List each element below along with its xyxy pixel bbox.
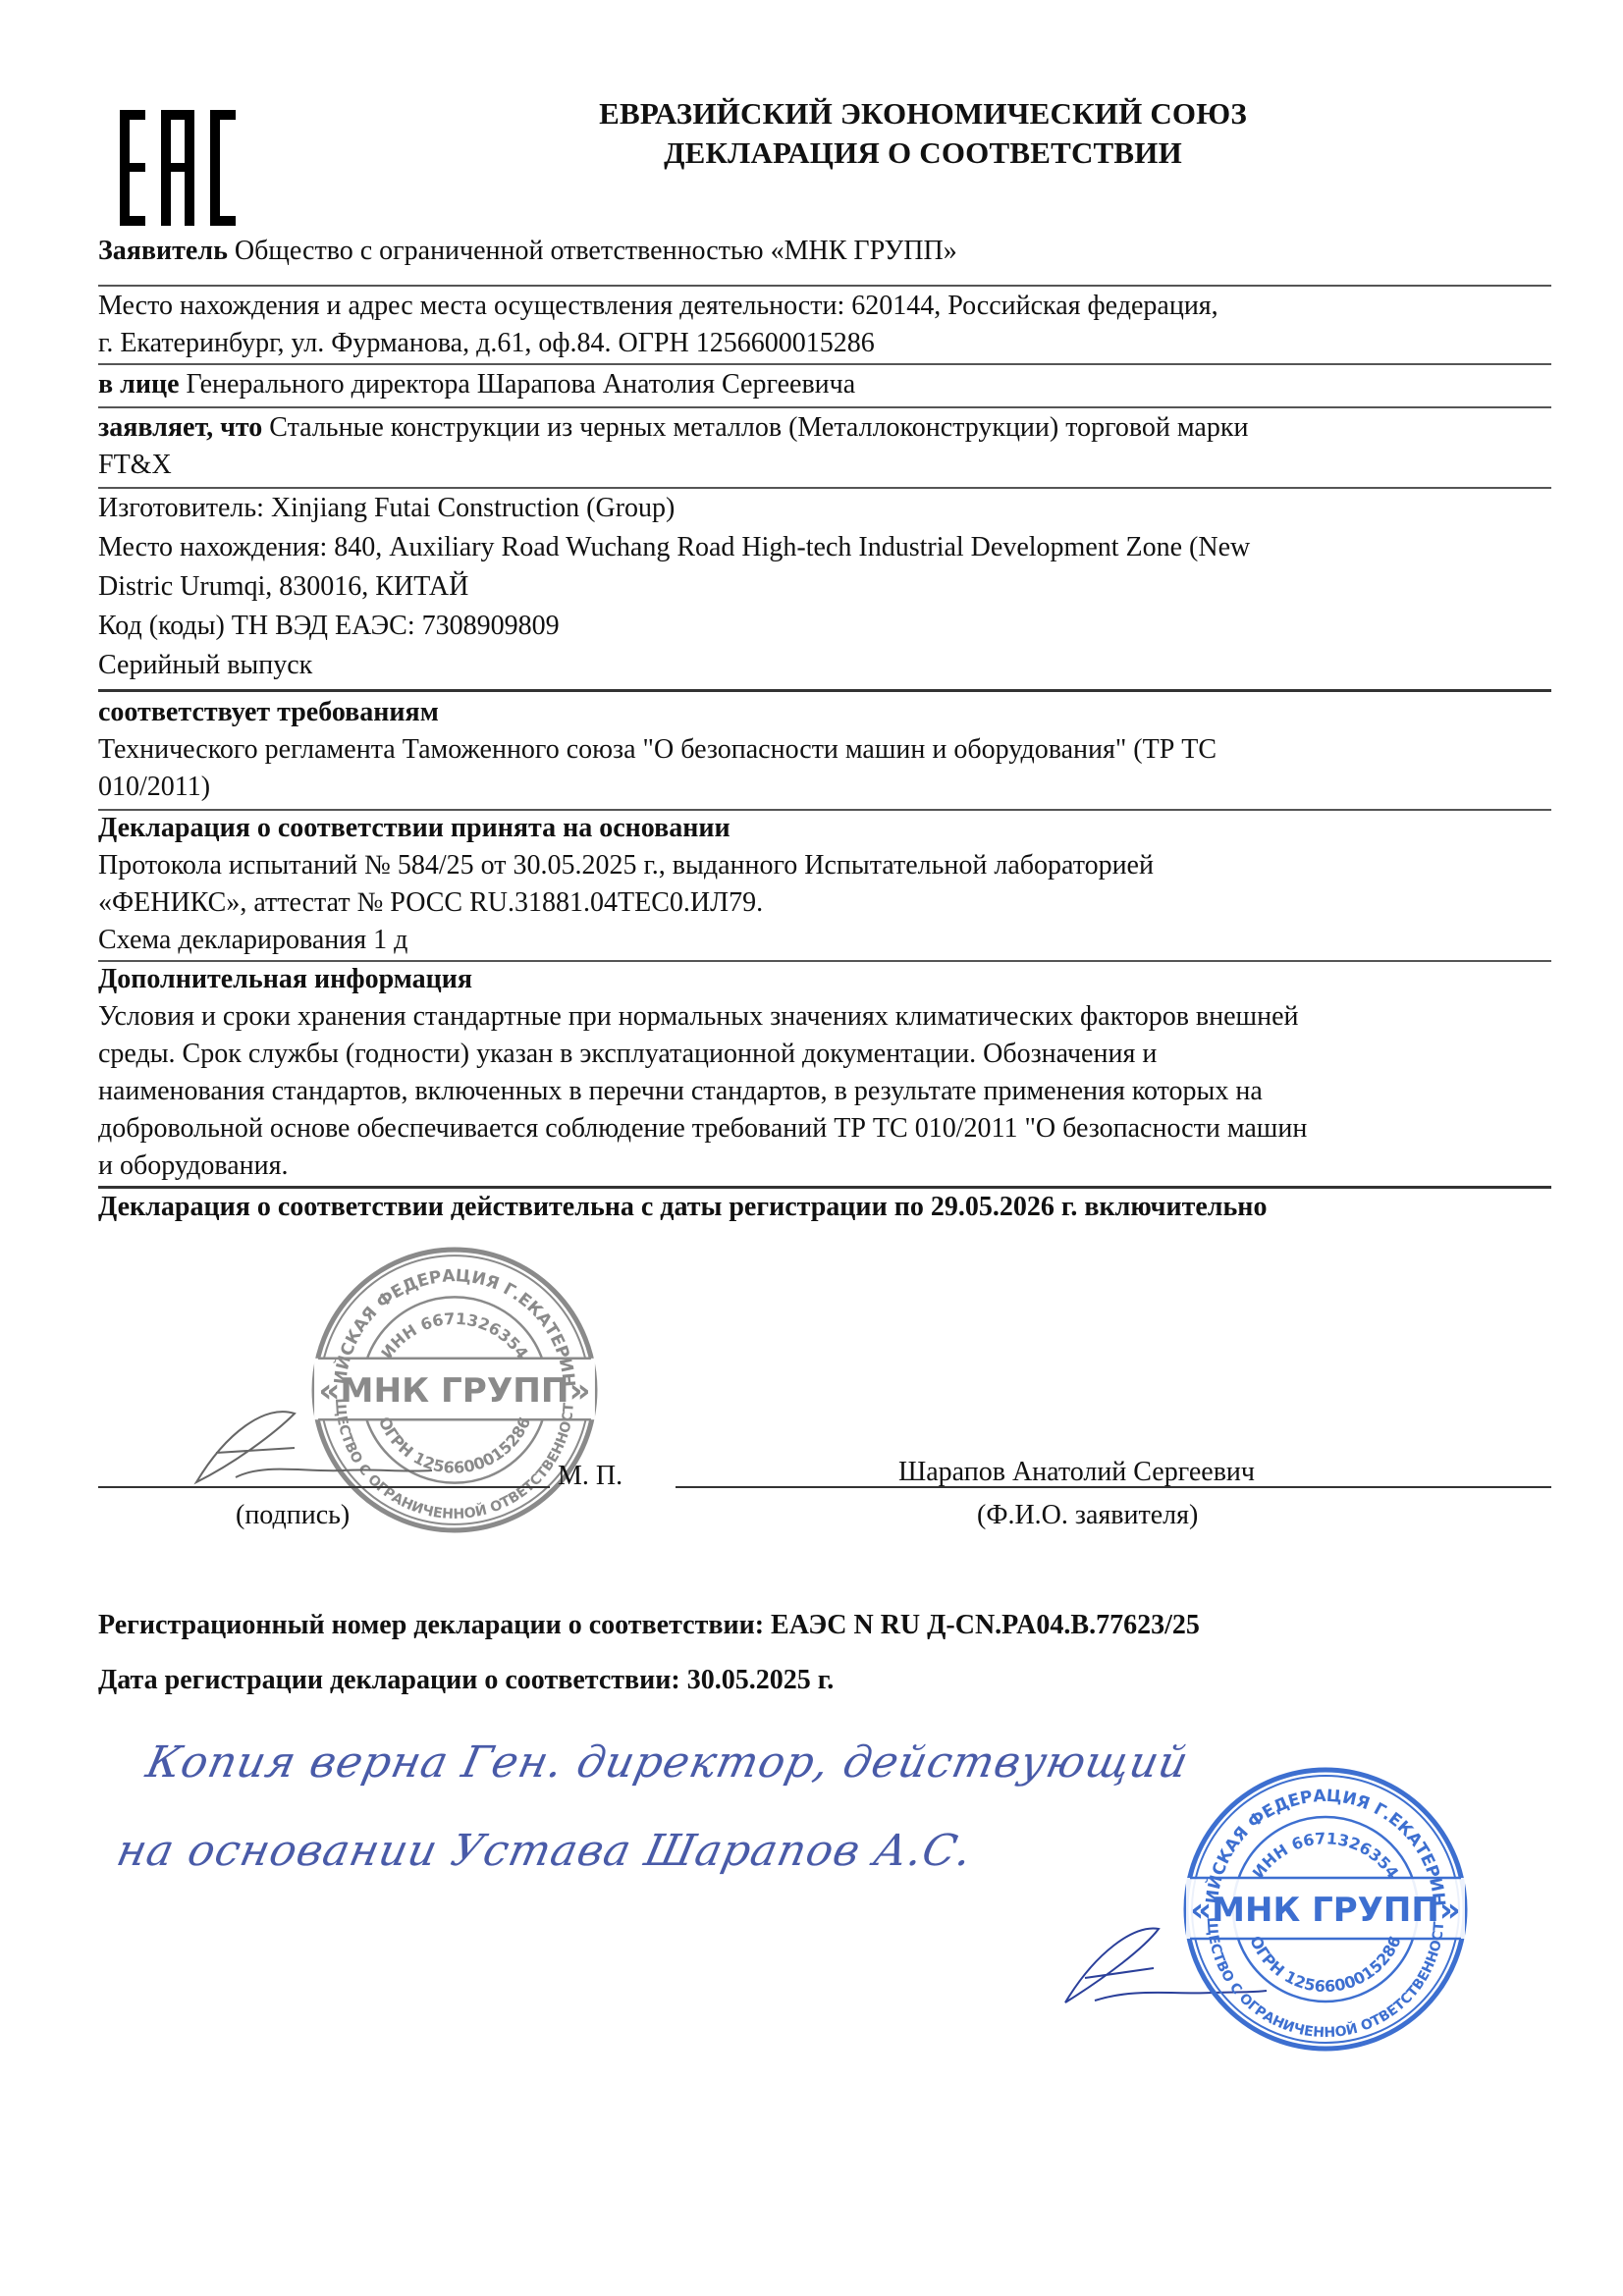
- additional-line-5: и оборудования.: [98, 1147, 288, 1186]
- validity-statement: Декларация о соответствии действительна …: [98, 1188, 1267, 1227]
- applicant-value: Общество с ограниченной ответственностью…: [235, 236, 957, 266]
- manufacturer-name: Изготовитель: Xinjiang Futai Constructio…: [98, 489, 675, 528]
- handwritten-note-line-1: Копия верна Ген. директор, действующий: [142, 1737, 1194, 1788]
- additional-line-1: Условия и сроки хранения стандартные при…: [98, 997, 1299, 1037]
- declares-trademark: FT&X: [98, 446, 172, 485]
- svg-text:ОГРН 1256600015286: ОГРН 1256600015286: [1246, 1933, 1405, 1996]
- signature-caption: (подпись): [236, 1496, 350, 1535]
- registration-number: Регистрационный номер декларации о соотв…: [98, 1606, 1200, 1645]
- eac-logo-icon: [120, 110, 236, 226]
- conforms-line-1: Технического регламента Таможенного союз…: [98, 730, 1217, 770]
- name-caption: (Ф.И.О. заявителя): [977, 1496, 1198, 1535]
- declares-product: Стальные конструкции из черных металлов …: [269, 412, 1248, 443]
- address-line-1: Место нахождения и адрес места осуществл…: [98, 287, 1218, 326]
- svg-text:ИНН 6671326354: ИНН 6671326354: [1249, 1829, 1402, 1882]
- divider: [98, 689, 1551, 692]
- svg-text:ИНН 6671326354: ИНН 6671326354: [377, 1309, 531, 1362]
- serial-production: Серийный выпуск: [98, 646, 312, 685]
- declares-label: заявляет, что: [98, 412, 262, 443]
- header-union-title: ЕВРАЗИЙСКИЙ ЭКОНОМИЧЕСКИЙ СОЮЗ: [432, 94, 1414, 133]
- manufacturer-address-1: Место нахождения: 840, Auxiliary Road Wu…: [98, 528, 1250, 567]
- stamp-place-label: М. П.: [558, 1457, 622, 1496]
- basis-line-1: Протокола испытаний № 584/25 от 30.05.20…: [98, 846, 1154, 885]
- declaration-scheme: Схема декларирования 1 д: [98, 921, 407, 960]
- additional-line-3: наименования стандартов, включенных в пе…: [98, 1072, 1263, 1111]
- applicant-label: Заявитель: [98, 236, 228, 266]
- registration-date: Дата регистрации декларации о соответств…: [98, 1661, 834, 1700]
- manufacturer-address-2: Distric Urumqi, 830016, КИТАЙ: [98, 567, 468, 607]
- additional-label: Дополнительная информация: [98, 960, 472, 999]
- conforms-line-2: 010/2011): [98, 768, 210, 807]
- represented-by-value: Генерального директора Шарапова Анатолия…: [187, 369, 856, 400]
- address-line-2: г. Екатеринбург, ул. Фурманова, д.61, оф…: [98, 324, 875, 363]
- represented-by-label: в лице: [98, 369, 180, 400]
- svg-text:«МНК ГРУПП»: «МНК ГРУПП»: [1190, 1891, 1461, 1930]
- additional-line-4: добровольной основе обеспечивается соблю…: [98, 1109, 1307, 1148]
- applicant-row: Заявитель Общество с ограниченной ответс…: [98, 232, 957, 271]
- header-declaration-title: ДЕКЛАРАЦИЯ О СООТВЕТСТВИИ: [432, 133, 1414, 173]
- additional-line-2: среды. Срок службы (годности) указан в э…: [98, 1035, 1157, 1074]
- signature-scribble: [177, 1394, 452, 1492]
- conforms-label: соответствует требованиям: [98, 693, 439, 732]
- hs-code: Код (коды) ТН ВЭД ЕАЭС: 7308909809: [98, 607, 560, 646]
- handwritten-note-line-2: на основании Устава Шарапов А.С.: [113, 1826, 978, 1876]
- company-stamp-blue: РОССИЙСКАЯ ФЕДЕРАЦИЯ Г.ЕКАТЕРИНБУРГ ИНН …: [1178, 1762, 1473, 2056]
- declares-row: заявляет, что Стальные конструкции из че…: [98, 408, 1248, 448]
- basis-line-2: «ФЕНИКС», аттестат № РОСС RU.31881.04ТЕС…: [98, 883, 763, 923]
- basis-label: Декларация о соответствии принята на осн…: [98, 809, 730, 848]
- signatory-name: Шарапов Анатолий Сергеевич: [898, 1453, 1255, 1492]
- represented-by-row: в лице Генерального директора Шарапова А…: [98, 365, 855, 404]
- signature-line: [98, 1486, 550, 1488]
- declaration-page: ЕВРАЗИЙСКИЙ ЭКОНОМИЧЕСКИЙ СОЮЗ ДЕКЛАРАЦИ…: [0, 0, 1623, 2296]
- document-header: ЕВРАЗИЙСКИЙ ЭКОНОМИЧЕСКИЙ СОЮЗ ДЕКЛАРАЦИ…: [432, 94, 1414, 173]
